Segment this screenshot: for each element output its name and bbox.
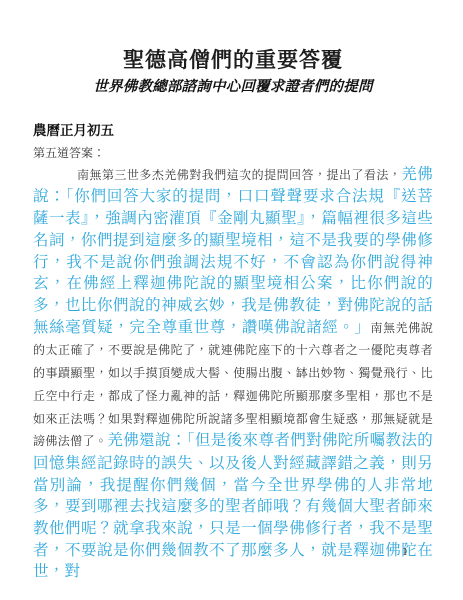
- document-subtitle: 世界佛教總部諮詢中心回覆求證者們的提問: [33, 79, 433, 96]
- page-content: 聖德高僧們的重要答覆 世界佛教總部諮詢中心回覆求證者們的提問 農曆正月初五 第五…: [33, 0, 433, 583]
- body-text-commentary: 南無羌佛說的太正確了，不要說是佛陀了，就連佛陀座下的十六尊者之一優陀夷尊者的事蹟…: [33, 321, 433, 449]
- document-title: 聖德高僧們的重要答覆: [33, 48, 433, 72]
- document-page: 聖德高僧們的重要答覆 世界佛教總部諮詢中心回覆求證者們的提問 農曆正月初五 第五…: [0, 0, 463, 600]
- answer-number-label: 第五道答案：: [33, 146, 433, 160]
- lunar-date: 農曆正月初五: [33, 124, 433, 139]
- page-number: 1: [402, 546, 408, 558]
- buddha-quote-second: 羌佛還說：「但是後來尊者們對佛陀所囑教法的回憶集經記錄時的誤失、以及後人對經藏譯…: [33, 432, 433, 580]
- body-text-intro: 南無第三世多杰羌佛對我們這次的提問回答，提出了看法，: [77, 168, 401, 182]
- answer-body-paragraph: 南無第三世多杰羌佛對我們這次的提問回答，提出了看法，羌佛說：「你們回答大家的提問…: [33, 164, 433, 583]
- buddha-quote-first: 羌佛說：「你們回答大家的提問，口口聲聲要求合法規『送菩薩一表』，強調內密灌頂『金…: [33, 166, 433, 336]
